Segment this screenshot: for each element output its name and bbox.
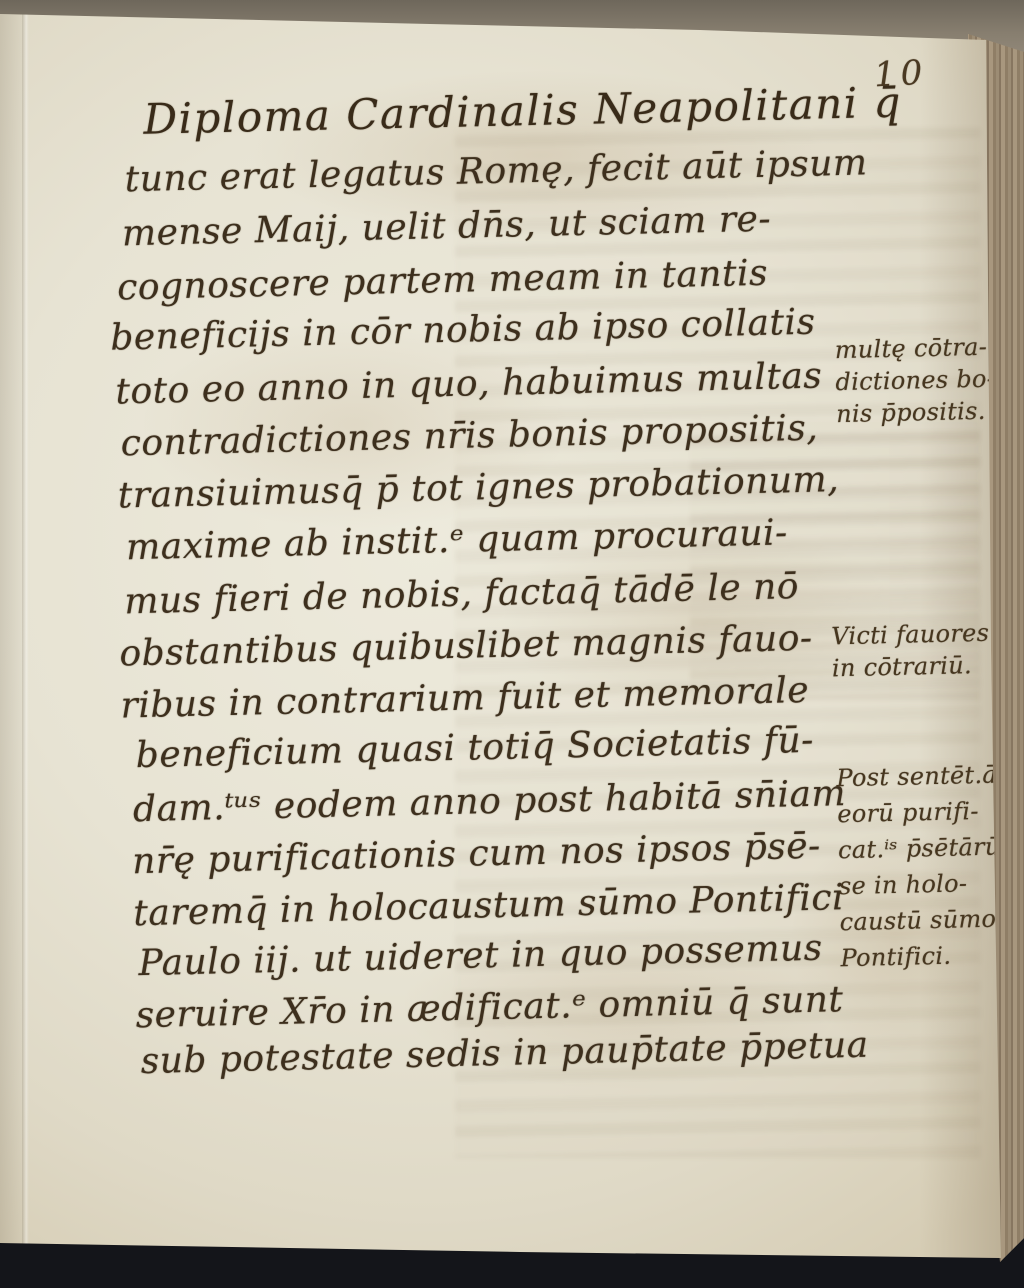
margin-note-line: Post sentēt.ā bbox=[836, 756, 1009, 796]
text-line: cognoscere partem meam in tantis bbox=[117, 253, 769, 309]
text-line: Paulo iij. ut uideret in quo possemus bbox=[138, 928, 823, 985]
text-line: toto eo anno in quo, habuimus multas bbox=[115, 355, 823, 412]
margin-note: Victi fauores in cōtrariū. bbox=[831, 617, 990, 685]
text-line: beneficium quasi totiq̄ Societatis fū- bbox=[135, 720, 814, 776]
text-line: contradictiones nr̄is bonis propositis, bbox=[120, 408, 818, 465]
margin-note-line: Victi fauores bbox=[831, 617, 990, 653]
text-line: nr̄ę purificationis cum nos ipsos p̄sē- bbox=[132, 826, 821, 883]
text-line: dam.ᵗᵘˢ eodem anno post habitā sn̄iam bbox=[133, 773, 847, 830]
manuscript-scan: 10 Diploma Cardinalis Neapolitani q̄ tun… bbox=[0, 0, 1024, 1288]
margin-note-line: multę cōtra- bbox=[834, 331, 994, 367]
handwritten-text-block: Diploma Cardinalis Neapolitani q̄ tunc e… bbox=[0, 0, 1024, 1270]
text-line: tunc erat legatus Romę, fecit aūt ipsum bbox=[124, 142, 868, 200]
text-line: Diploma Cardinalis Neapolitani q̄ bbox=[143, 78, 903, 144]
margin-note-line: Pontifici. bbox=[840, 936, 1013, 976]
manuscript-page: 10 Diploma Cardinalis Neapolitani q̄ tun… bbox=[0, 0, 1010, 1268]
text-line: ribus in contrarium fuit et memorale bbox=[120, 670, 809, 727]
margin-note: multę cōtra- dictiones bo- nis p̄positis… bbox=[834, 331, 996, 431]
margin-note-line: cat.ⁱˢ p̄sētārūt bbox=[838, 828, 1011, 868]
text-line: transiuimusq̄ p̄ tot ignes probationum, bbox=[117, 459, 839, 516]
text-line: mus fieri de nobis, factaq̄ tādē le nō bbox=[124, 566, 800, 622]
margin-note-line: in cōtrariū. bbox=[832, 649, 991, 685]
margin-note-line: se in holo- bbox=[839, 864, 1012, 904]
text-line: mense Maij, uelit dn̄s, ut sciam re- bbox=[121, 199, 771, 255]
margin-note-line: eorū purifi- bbox=[837, 792, 1010, 832]
margin-note-line: nis p̄positis. bbox=[836, 395, 996, 431]
text-line: taremq̄ in holocaustum sūmo Pontifici bbox=[133, 877, 845, 934]
text-line: maxime ab instit.ᵉ quam procuraui- bbox=[126, 512, 789, 568]
text-line: beneficijs in cōr nobis ab ipso collatis bbox=[110, 302, 816, 359]
margin-note-line: caustū sūmo bbox=[839, 900, 1012, 940]
text-line: obstantibus quibuslibet magnis fauo- bbox=[119, 618, 813, 675]
margin-note: Post sentēt.ā eorū purifi- cat.ⁱˢ p̄sētā… bbox=[836, 756, 1013, 976]
margin-note-line: dictiones bo- bbox=[835, 363, 995, 399]
